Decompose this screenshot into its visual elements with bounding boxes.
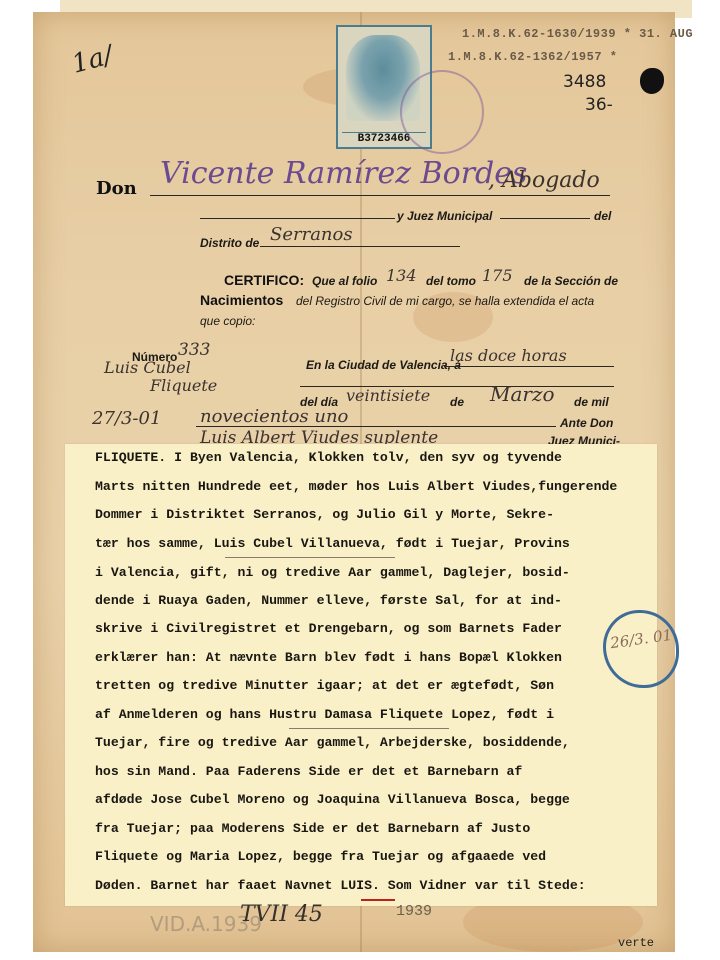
year-stamp: 1939 <box>396 903 432 920</box>
margin-name-2: Fliquete <box>150 376 217 395</box>
official-seal <box>400 70 484 154</box>
hora-rule <box>444 366 614 367</box>
name-rule <box>150 195 610 196</box>
anio-rule <box>196 426 556 427</box>
registro-text: del Registro Civil de mi cargo, se halla… <box>296 294 594 308</box>
translation-line: Fliquete og Maria Lopez, begge fra Tueja… <box>95 849 546 864</box>
translation-line: FLIQUETE. I Byen Valencia, Klokken tolv,… <box>95 450 562 465</box>
ante-don-text: Ante Don <box>560 416 613 430</box>
translation-line: Døden. Barnet har faaet Navnet LUIS. Som… <box>95 878 586 893</box>
numero-value: 333 <box>178 340 210 360</box>
distrito-label: Distrito de <box>200 236 259 250</box>
translation-line: hos sin Mand. Paa Faderens Side er det e… <box>95 764 522 779</box>
bottom-handwritten-mark: TVII 45 <box>240 902 323 927</box>
pencil-underline <box>225 557 395 558</box>
ciudad-text: En la Ciudad de Valencia, á <box>306 358 461 372</box>
translation-line: Dommer i Distriktet Serranos, og Julio G… <box>95 507 554 522</box>
margin-date: 27/3-01 <box>92 408 161 429</box>
distrito-rule <box>260 246 460 247</box>
tomo-value: 175 <box>482 266 513 285</box>
translation-line: dende i Ruaya Gaden, Nummer elleve, førs… <box>95 593 562 608</box>
pencil-underline <box>289 728 449 729</box>
margin-name-1: Luis Cubel <box>104 358 191 377</box>
translation-line: i Valencia, gift, ni og tredive Aar gamm… <box>95 565 570 580</box>
hora-value: las doce horas <box>450 346 567 365</box>
copio-text: que copio: <box>200 314 255 328</box>
translation-line: fra Tuejar; paa Moderens Side er det Bar… <box>95 821 530 836</box>
translation-line: tretten og tredive Minutter igaar; at de… <box>95 678 554 693</box>
seccion-text: de la Sección de <box>524 274 618 288</box>
translation-line: af Anmelderen og hans Hustru Damasa Fliq… <box>95 707 554 722</box>
translation-line: erklærer han: At nævnte Barn blev født i… <box>95 650 562 665</box>
juez-rule <box>200 218 395 219</box>
de-mil-text: de mil <box>574 395 609 409</box>
translation-line: afdøde Jose Cubel Moreno og Joaquina Vil… <box>95 792 570 807</box>
nacimientos-label: Nacimientos <box>200 292 283 308</box>
verte-text: verte <box>618 936 654 950</box>
handwritten-number-1: 3488 <box>563 72 606 92</box>
juez-rule-2 <box>500 218 590 219</box>
mes-value: Marzo <box>490 382 555 406</box>
dia-value: veintisiete <box>346 386 430 405</box>
de-text: de <box>450 395 464 409</box>
tomo-text: del tomo <box>426 274 476 288</box>
translation-line: Marts nitten Hundrede eet, møder hos Lui… <box>95 479 617 494</box>
anio-value: novecientos uno <box>200 406 348 427</box>
folio-text: Que al folio <box>312 274 377 288</box>
translation-line: skrive i Civilregistret et Drengebarn, o… <box>95 621 562 636</box>
certifico-label: CERTIFICO: <box>224 272 304 288</box>
folio-value: 134 <box>386 266 417 285</box>
distrito-value: Serranos <box>270 224 353 245</box>
don-label: Don <box>96 178 137 199</box>
danish-translation-sheet: FLIQUETE. I Byen Valencia, Klokken tolv,… <box>65 444 657 906</box>
translation-line: Tuejar, fire og tredive Aar gammel, Arbe… <box>95 735 570 750</box>
official-title: , Abogado <box>488 168 600 193</box>
official-name: Vicente Ramírez Bordes <box>160 156 527 191</box>
handwritten-number-2: 36- <box>585 95 613 115</box>
translation-line: tær hos samme, Luis Cubel Villanueva, fø… <box>95 536 570 551</box>
red-underline <box>361 899 395 901</box>
reference-stamp-2: 1.M.8.K.62-1362/1957 * <box>448 50 617 64</box>
del-label: del <box>594 209 611 223</box>
reference-stamp-1: 1.M.8.K.62-1630/1939 * 31. AUG <box>462 27 693 41</box>
juez-label: y Juez Municipal <box>397 209 492 223</box>
